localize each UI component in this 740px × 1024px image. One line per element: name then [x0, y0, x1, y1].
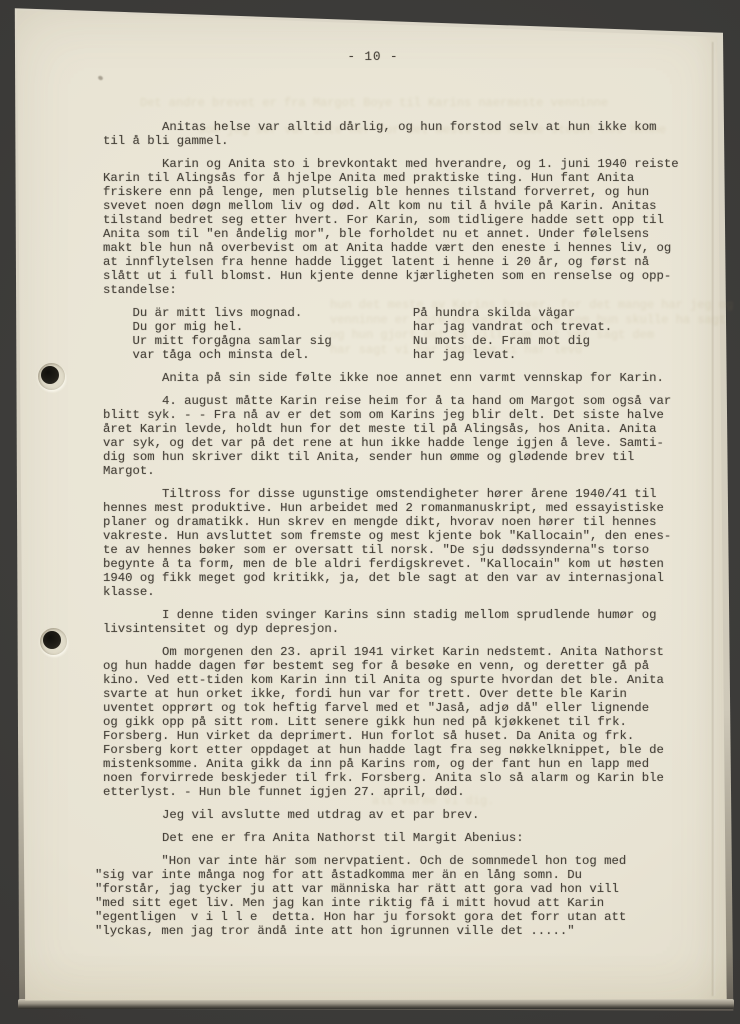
- paragraph-1: Anitas helse var alltid dårlig, og hun f…: [103, 120, 683, 148]
- text-column: Anitas helse var alltid dårlig, og hun f…: [103, 120, 683, 938]
- paragraph-7: Om morgenen den 23. april 1941 virket Ka…: [103, 645, 683, 799]
- quote-block: "Hon var inte här som nervpatient. Och d…: [95, 854, 683, 938]
- paragraph-9: Det ene er fra Anita Nathorst til Margit…: [103, 831, 683, 845]
- paper-crease: [712, 42, 715, 996]
- punch-hole-bottom: [40, 628, 67, 655]
- scanned-manuscript-photo: Det andre brevet er fra Margot Boye til …: [0, 0, 740, 1024]
- paragraph-6: I denne tiden svinger Karins sinn stadig…: [103, 608, 683, 636]
- page-number: - 10 -: [83, 50, 663, 64]
- ghost-bleed-line: Det andre brevet er fra Margot Boye til …: [140, 96, 608, 110]
- paragraph-4: 4. august måtte Karin reise heim for å t…: [103, 394, 683, 478]
- punch-hole-top: [38, 363, 65, 390]
- paragraph-8: Jeg vil avslutte med utdrag av et par br…: [103, 808, 683, 822]
- page-stack-bottom-edge: [18, 999, 734, 1009]
- paragraph-2: Karin og Anita sto i brevkontakt med hve…: [103, 157, 683, 297]
- paragraph-3: Anita på sin side følte ikke noe annet e…: [103, 371, 683, 385]
- paragraph-5: Tiltross for disse ugunstige omstendighe…: [103, 487, 683, 599]
- poem-block: Du är mitt livs mognad. På hundra skilda…: [103, 306, 683, 362]
